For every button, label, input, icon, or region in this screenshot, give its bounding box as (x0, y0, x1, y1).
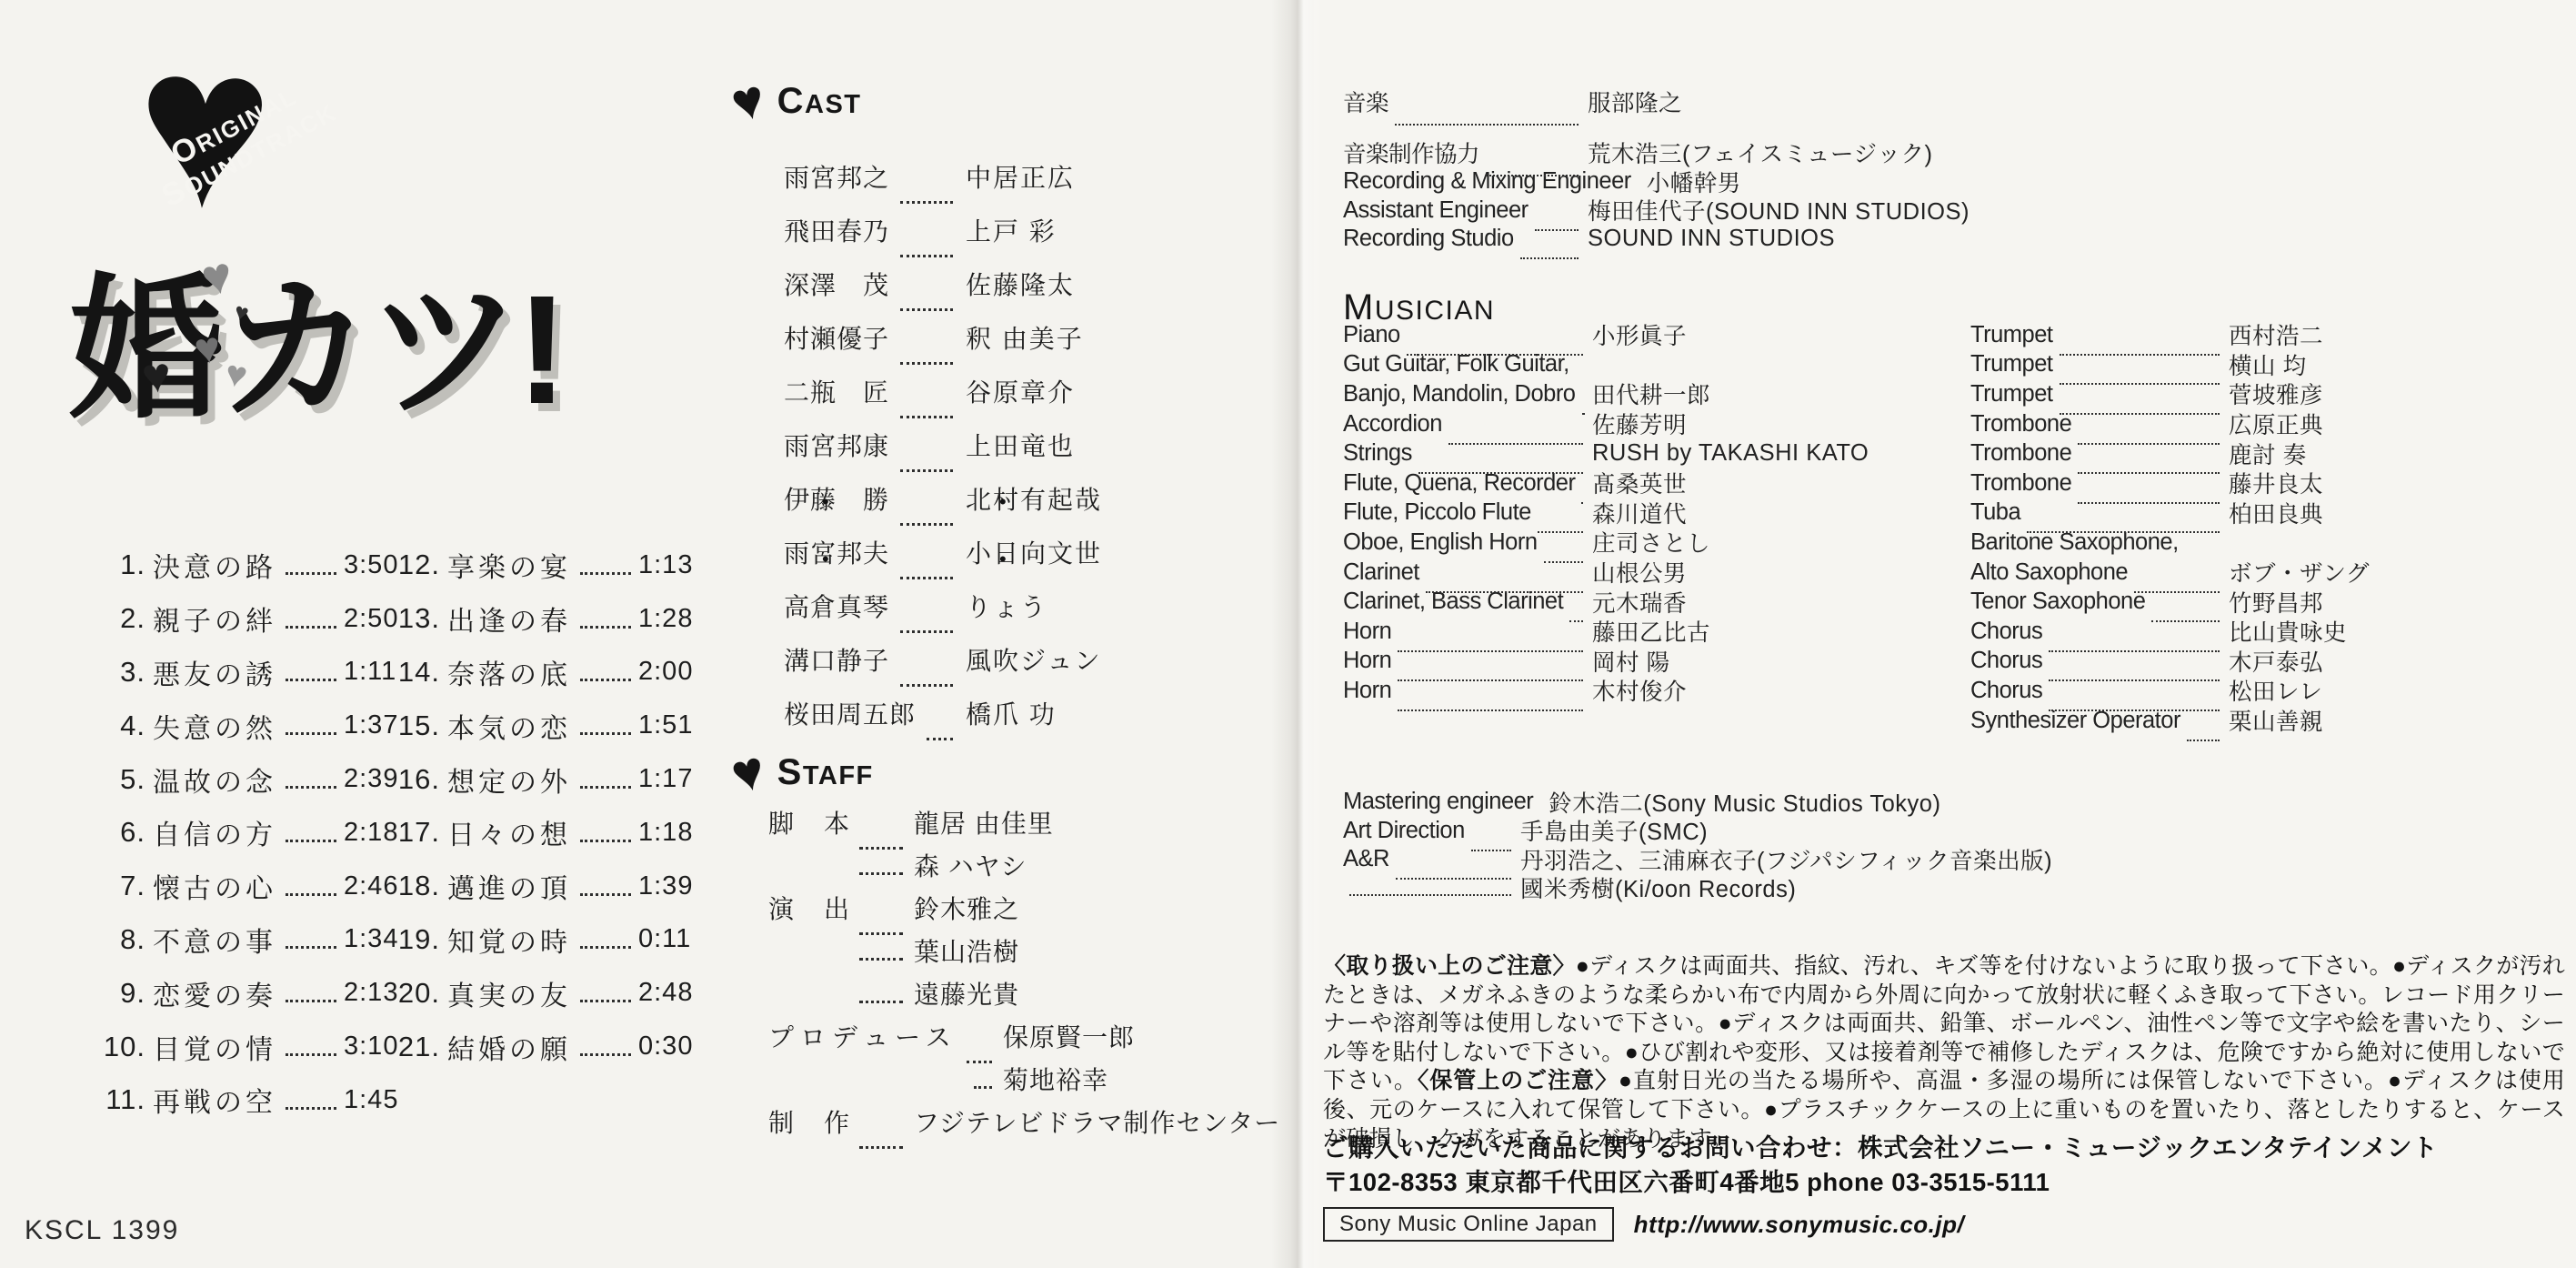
dot-leader (1582, 388, 1584, 415)
heart-icon: ♥ (726, 71, 770, 132)
instrument-label: Clarinet (1343, 559, 1419, 586)
booklet-canvas: ♥ ORIGINAL SOUNDTRACK 婚カツ! ♥ ♥ ♥ ♥ ♥ 1. … (0, 0, 2576, 1268)
dot-leader (2049, 655, 2220, 681)
track-number: 21. (362, 1031, 440, 1063)
music-credits: 音楽 服部隆之 音楽制作協力 荒木浩三(フェイスミュージック) Recordin… (1343, 87, 2252, 254)
dot-leader (1581, 478, 1583, 504)
track-list-column-2: 12. 享楽の宴 1:13 13. 出逢の春 1:28 14. 奈落の底 2:0… (362, 538, 693, 1073)
staff-name: 鈴木雅之 (914, 890, 1019, 926)
track-duration: 1:39 (638, 871, 693, 901)
heart-icon: ♥ (140, 350, 174, 402)
cast-role: 雨宮邦康 (784, 427, 889, 463)
cast-role: 溝口静子 (784, 641, 889, 678)
track-title: 知覚の時 (447, 920, 571, 960)
staff-role (768, 863, 850, 866)
dot-leader (286, 679, 336, 681)
cast-actor: 佐藤隆太 (966, 266, 1075, 302)
track-row: 20. 真実の友 2:48 (362, 966, 693, 1020)
track-duration: 0:30 (638, 1032, 693, 1062)
instrument-label: Horn (1343, 619, 1391, 645)
dot-leader (580, 893, 631, 896)
staff-name: 菊地裕幸 (1003, 1061, 1108, 1097)
track-number: 11. (76, 1083, 145, 1116)
cast-role: 伊藤 勝 (784, 480, 889, 517)
musician-row: Strings RUSH by TAKASHI KATO (1343, 438, 1943, 468)
credit-label: 音楽制作協力 (1343, 136, 1479, 169)
track-number: 18. (362, 870, 440, 902)
dot-leader (286, 1000, 336, 1002)
staff-row: 演 出 鈴木雅之 (768, 886, 1332, 929)
cast-row: 村瀬優子 釈 由美子 (784, 310, 1296, 364)
staff-row: 遠藤光貴 (768, 971, 1332, 1014)
track-number: 14. (362, 656, 440, 689)
musician-name: 山根公男 (1592, 556, 1687, 589)
dot-leader (900, 543, 953, 579)
dot-leader (967, 1027, 992, 1063)
dot-leader (1407, 329, 1583, 356)
dot-leader (859, 1001, 903, 1003)
notice-paragraph: 〈取り扱い上のご注意〉●ディスクは両面共、指紋、汚れ、キズ等を付けないように取り… (1323, 952, 2565, 1153)
credit-value: SOUND INN STUDIOS (1588, 226, 1835, 252)
track-duration: 0:11 (638, 924, 691, 954)
staff-name: 保原賢一郎 (1003, 1018, 1135, 1054)
dot-leader (900, 489, 953, 526)
instrument-label: Tuba (1970, 499, 2020, 526)
musician-name: 比山貴咏史 (2229, 615, 2347, 648)
track-duration: 1:13 (638, 550, 693, 580)
credit-value: 梅田佳代子(SOUND INN STUDIOS) (1588, 194, 1970, 226)
catalog-number: KSCL 1399 (25, 1215, 179, 1246)
credit-value: 荒木浩三(フェイスミュージック) (1588, 136, 1932, 169)
cast-role: 高倉真琴 (784, 588, 889, 624)
track-number: 19. (362, 923, 440, 956)
track-number: 6. (76, 816, 145, 849)
track-title: 邁進の頂 (447, 866, 571, 906)
musician-row: Trumpet 西村浩二 (1970, 320, 2552, 350)
cast-row: 伊藤 勝 北村有起哉 (784, 471, 1296, 525)
musician-name: 西村浩二 (2229, 318, 2323, 351)
musician-name: 鹿討 奏 (2229, 438, 2307, 470)
cast-actor: 小日向文世 (966, 534, 1102, 570)
track-title: 日々の想 (447, 812, 571, 852)
dot-leader (2060, 329, 2220, 356)
instrument-label: Tenor Saxophone (1970, 589, 2145, 615)
cast-actor: 北村有起哉 (966, 480, 1102, 517)
cast-actor: 谷原章介 (966, 373, 1075, 409)
track-title: 想定の外 (447, 760, 571, 800)
staff-role: プロデュース (768, 1018, 957, 1054)
instrument-label: Horn (1343, 678, 1391, 704)
staff-role (768, 1077, 965, 1080)
instrument-label: Trumpet (1970, 351, 2053, 377)
dot-leader (286, 840, 336, 842)
dot-leader (1398, 685, 1583, 711)
track-number: 20. (362, 977, 440, 1010)
dot-leader (1538, 507, 1583, 533)
staff-row: プロデュース 保原賢一郎 (768, 1014, 1332, 1057)
dot-leader (580, 732, 631, 735)
musician-row: Trombone 広原正典 (1970, 409, 2552, 439)
track-duration: 2:00 (638, 657, 693, 687)
dot-leader (2049, 626, 2220, 652)
dot-leader (286, 893, 336, 896)
track-title: 再戦の空 (153, 1080, 276, 1120)
track-row: 5. 温故の念 2:39 (76, 752, 398, 806)
credit-label: Mastering engineer (1343, 789, 1533, 815)
track-number: 7. (76, 870, 145, 902)
cast-role: 村瀬優子 (784, 319, 889, 356)
dot-leader (2060, 388, 2220, 415)
dot-leader (286, 1107, 336, 1110)
track-row: 3. 悪友の誘 1:11 (76, 646, 398, 699)
cast-actor: 風吹ジュン (966, 641, 1101, 678)
dot-leader (2151, 596, 2220, 622)
musician-name: 木戸泰弘 (2229, 645, 2323, 678)
staff-name: 龍居 由佳里 (914, 804, 1054, 840)
cast-actor: 上田竜也 (966, 427, 1075, 463)
track-title: 決意の路 (153, 545, 276, 585)
dot-leader (580, 1053, 631, 1056)
cast-role: 雨宮邦之 (784, 158, 889, 195)
track-title: 真実の友 (447, 973, 571, 1013)
dot-leader (974, 1086, 992, 1089)
dot-leader (580, 572, 631, 575)
track-number: 3. (76, 656, 145, 689)
dot-leader (859, 958, 903, 961)
section-title: STAFF (777, 752, 874, 793)
musician-name: 松田レレ (2229, 674, 2322, 707)
track-row: 18. 邁進の頂 1:39 (362, 860, 693, 913)
dot-leader (900, 275, 953, 311)
track-list-column-1: 1. 決意の路 3:50 2. 親子の絆 2:50 3. 悪友の誘 1:11 4… (76, 538, 398, 1127)
track-row: 10. 目覚の情 3:10 (76, 1020, 398, 1073)
credit-value: 國米秀樹(Ki/oon Records) (1520, 871, 1796, 904)
track-row: 2. 親子の絆 2:50 (76, 592, 398, 646)
musician-row: Alto Saxophone ボブ・ザング (1970, 558, 2552, 588)
bullet-icon: • (999, 492, 1007, 512)
dot-leader (1396, 853, 1511, 880)
dot-leader (1418, 448, 1583, 474)
cast-row: 深澤 茂 佐藤隆太 (784, 257, 1296, 310)
track-row: 13. 出逢の春 1:28 (362, 592, 693, 646)
credit-row: Recording Studio SOUND INN STUDIOS (1343, 225, 2252, 254)
notice-storage-heading: 〈保管上のご注意〉 (1418, 1068, 1619, 1093)
track-row: 12. 享楽の宴 1:13 (362, 538, 693, 592)
dot-leader (927, 704, 953, 740)
cast-row: 雨宮邦康 上田竜也 (784, 418, 1296, 471)
staff-name: 葉山浩樹 (914, 932, 1019, 969)
musician-name: 竹野昌邦 (2229, 586, 2323, 619)
track-row: 11. 再戦の空 1:45 (76, 1073, 398, 1127)
cast-actor: 釈 由美子 (966, 319, 1084, 356)
musician-name: 庄司さとし (1592, 526, 1710, 559)
dot-leader (580, 786, 631, 789)
staff-role: 演 出 (768, 890, 850, 926)
dot-leader (900, 221, 953, 257)
contact-block: ご購入いただいた商品に関するお問い合わせ：株式会社ソニー・ミュージックエンタテイ… (1323, 1131, 2438, 1242)
instrument-label: Trumpet (1970, 322, 2053, 348)
dot-leader (2078, 418, 2220, 445)
instrument-label: Strings (1343, 440, 1412, 467)
credit-row: Assistant Engineer 梅田佳代子(SOUND INN STUDI… (1343, 196, 2252, 226)
credit-row: 音楽 服部隆之 (1343, 87, 2252, 116)
cast-row: 雨宮邦夫 小日向文世 (784, 525, 1296, 579)
dot-leader (1395, 93, 1579, 126)
track-number: 1. (76, 548, 145, 581)
staff-row: 森 ハヤシ (768, 843, 1332, 886)
dot-leader (900, 597, 953, 633)
cast-row: 溝口静子 風吹ジュン (784, 632, 1296, 686)
dot-leader (580, 626, 631, 629)
dot-leader (900, 167, 953, 204)
musician-name: 菅坡雅彦 (2229, 377, 2323, 410)
cast-section: ♥ CAST 雨宮邦之 中居正広 飛田春乃 (732, 73, 1296, 740)
sony-music-url: http://www.sonymusic.co.jp/ (1634, 1211, 1965, 1239)
instrument-label: Trombone (1970, 470, 2071, 497)
dot-leader (580, 840, 631, 842)
dot-leader (900, 436, 953, 472)
musician-row: Piano 小形眞子 (1343, 320, 1943, 350)
track-title: 温故の念 (153, 760, 276, 800)
musician-name: 髙桑英世 (1592, 467, 1687, 499)
track-title: 悪友の誘 (153, 652, 276, 692)
staff-row: 制 作 フジテレビドラマ制作センター (768, 1100, 1332, 1142)
dot-leader (2060, 358, 2220, 385)
track-duration: 2:48 (638, 978, 693, 1008)
instrument-label: Flute, Piccolo Flute (1343, 499, 1531, 526)
cast-role: 桜田周五郎 (784, 695, 916, 731)
cast-role: 飛田春乃 (784, 212, 889, 248)
instrument-label: Horn (1343, 648, 1391, 674)
dot-leader (859, 813, 903, 850)
staff-row: 脚 本 龍居 由佳里 (768, 800, 1332, 843)
track-title: 出逢の春 (447, 599, 571, 639)
track-row: 4. 失意の然 1:37 (76, 699, 398, 752)
staff-heading: ♥ STAFF (732, 744, 1332, 800)
contact-line2: 〒102-8353 東京都千代田区六番町4番地5 phone 03-3515-5… (1323, 1165, 2438, 1200)
dot-leader (286, 732, 336, 735)
credit-row: Recording & Mixing Engineer 小幡幹男 (1343, 167, 2252, 196)
staff-row: 葉山浩樹 (768, 929, 1332, 971)
musician-name: 広原正典 (2229, 408, 2323, 440)
staff-rows: 脚 本 龍居 由佳里 森 ハヤシ 演 出 鈴木雅之 (768, 800, 1332, 1142)
musician-column-left: Piano 小形眞子 Gut Guitar, Folk Guitar, Banj… (1343, 320, 1943, 706)
dot-leader (859, 899, 903, 935)
staff-row: 菊地裕幸 (768, 1057, 1332, 1100)
track-row: 9. 恋愛の奏 2:13 (76, 966, 398, 1020)
instrument-label: Alto Saxophone (1970, 559, 2128, 586)
dot-leader (1471, 825, 1511, 851)
cast-row: 二瓶 匠 谷原章介 (784, 364, 1296, 418)
musician-name: 藤井良太 (2229, 467, 2323, 499)
section-title: CAST (777, 81, 862, 122)
credit-row: Art Direction 手島由美子(SMC) (1343, 817, 2343, 846)
dot-leader (2049, 685, 2220, 711)
dot-leader (580, 1000, 631, 1002)
track-number: 15. (362, 709, 440, 742)
dot-leader (1426, 567, 1583, 593)
track-duration: 1:28 (638, 604, 693, 634)
instrument-label: Accordion (1343, 411, 1442, 438)
track-row: 17. 日々の想 1:18 (362, 806, 693, 860)
instrument-label: Trombone (1970, 411, 2071, 438)
credit-row: 音楽制作協力 荒木浩三(フェイスミュージック) (1343, 139, 2252, 168)
cast-row: 桜田周五郎 橋爪 功 (784, 686, 1296, 740)
track-row: 19. 知覚の時 0:11 (362, 913, 693, 967)
musician-row: Chorus 比山貴咏史 (1970, 617, 2552, 647)
track-row: 15. 本気の恋 1:51 (362, 699, 693, 752)
track-number: 10. (76, 1031, 145, 1063)
credit-label: A&R (1343, 846, 1389, 872)
track-row: 14. 奈落の底 2:00 (362, 646, 693, 699)
credit-value: 服部隆之 (1588, 86, 1682, 118)
staff-role (768, 991, 850, 994)
dot-leader (1569, 596, 1583, 622)
musician-row: Tenor Saxophone 竹野昌邦 (1970, 587, 2552, 617)
musician-name: 柏田良典 (2229, 497, 2323, 529)
dot-leader (1486, 144, 1579, 176)
staff-name: 遠藤光貴 (914, 975, 1019, 1011)
musician-row: Trombone 鹿討 奏 (1970, 438, 2552, 468)
track-title: 奈落の底 (447, 652, 571, 692)
contact-line1: ご購入いただいた商品に関するお問い合わせ：株式会社ソニー・ミュージックエンタテイ… (1323, 1131, 2438, 1165)
cast-actor: りょう (966, 588, 1047, 624)
dot-leader (900, 382, 953, 418)
track-title: 結婚の願 (447, 1027, 571, 1067)
dot-leader (286, 946, 336, 949)
musician-name: 小形眞子 (1592, 318, 1687, 351)
instrument-label: Banjo, Mandolin, Dobro (1343, 381, 1576, 408)
dot-leader (286, 572, 336, 575)
musician-row: Trumpet 横山 均 (1970, 350, 2552, 380)
dot-leader (1535, 205, 1579, 231)
musician-name: 栗山善親 (2229, 704, 2323, 737)
instrument-label: Chorus (1970, 678, 2042, 704)
dot-leader (2027, 507, 2220, 533)
track-row: 16. 想定の外 1:17 (362, 752, 693, 806)
musician-name: 田代耕一郎 (1592, 377, 1710, 410)
dot-leader (1544, 537, 1583, 563)
staff-section: ♥ STAFF 脚 本 龍居 由佳里 森 ハヤシ (732, 744, 1332, 1142)
cast-role: 深澤 茂 (784, 266, 889, 302)
staff-name: フジテレビドラマ制作センター (914, 1103, 1280, 1140)
staff-name: 森 ハヤシ (914, 847, 1027, 883)
musician-name: 藤田乙比古 (1592, 615, 1710, 648)
track-duration: 1:45 (344, 1085, 398, 1115)
credit-label: Assistant Engineer (1343, 197, 1529, 224)
instrument-label: Oboe, English Horn (1343, 529, 1538, 556)
cast-row: 雨宮邦之 中居正広 (784, 149, 1296, 203)
track-duration: 1:18 (638, 818, 693, 848)
track-row: 7. 懐古の心 2:46 (76, 860, 398, 913)
dot-leader (1398, 655, 1583, 681)
dot-leader (1520, 233, 1579, 259)
musician-name: 木村俊介 (1592, 674, 1687, 707)
musician-name: RUSH by TAKASHI KATO (1592, 440, 1869, 467)
dot-leader (859, 1112, 903, 1149)
cast-heading: ♥ CAST (732, 73, 1296, 129)
cast-role: 二瓶 匠 (784, 373, 889, 409)
heart-icon: ♥ (726, 742, 770, 803)
musician-row: Tuba 柏田良典 (1970, 498, 2552, 528)
track-title: 目覚の情 (153, 1027, 276, 1067)
dot-leader (580, 679, 631, 681)
dot-leader (859, 872, 903, 875)
musician-name: 横山 均 (2229, 348, 2307, 381)
production-credits: Mastering engineer 鈴木浩二(Sony Music Studi… (1343, 788, 2343, 902)
dot-leader (2134, 567, 2220, 593)
track-number: 12. (362, 548, 440, 581)
track-row: 8. 不意の事 1:34 (76, 913, 398, 967)
instrument-label: Chorus (1970, 648, 2042, 674)
sony-music-online-badge: Sony Music Online Japan (1323, 1207, 1614, 1242)
instrument-label: Chorus (1970, 619, 2042, 645)
cast-row: 飛田春乃 上戸 彩 (784, 203, 1296, 257)
dot-leader (1398, 626, 1583, 652)
cast-actor: 橋爪 功 (966, 695, 1057, 731)
dot-leader (1349, 894, 1511, 896)
dot-leader (286, 626, 336, 629)
dot-leader (900, 650, 953, 687)
instrument-label: Trumpet (1970, 381, 2053, 408)
musician-row: Banjo, Mandolin, Dobro 田代耕一郎 (1343, 379, 1943, 409)
track-title: 懐古の心 (153, 866, 276, 906)
track-title: 不意の事 (153, 920, 276, 960)
track-title: 自信の方 (153, 812, 276, 852)
bullet-icon: • (822, 549, 829, 569)
track-row: 21. 結婚の願 0:30 (362, 1020, 693, 1073)
track-number: 5. (76, 763, 145, 796)
musician-row: Oboe, English Horn 庄司さとし (1343, 528, 1943, 558)
track-title: 本気の恋 (447, 706, 571, 746)
notice-handling-heading: 〈取り扱い上のご注意〉 (1323, 953, 1576, 979)
musician-row: Clarinet 山根公男 (1343, 558, 1943, 588)
cast-row: 高倉真琴 りょう (784, 579, 1296, 632)
bullet-icon: • (999, 549, 1007, 569)
musician-name: 岡村 陽 (1592, 645, 1670, 678)
dot-leader (286, 786, 336, 789)
track-title: 親子の絆 (153, 599, 276, 639)
musician-name: 佐藤芳明 (1592, 408, 1687, 440)
credit-label: Recording Studio (1343, 226, 1514, 252)
track-title: 享楽の宴 (447, 545, 571, 585)
track-title: 恋愛の奏 (153, 973, 276, 1013)
cast-actor: 中居正広 (966, 158, 1075, 195)
track-duration: 1:17 (638, 764, 693, 794)
musician-name: 森川道代 (1592, 497, 1687, 529)
credit-label: Art Direction (1343, 818, 1465, 844)
musician-row: Accordion 佐藤芳明 (1343, 409, 1943, 439)
credit-label: 音楽 (1343, 86, 1388, 118)
musician-row: Flute, Piccolo Flute 森川道代 (1343, 498, 1943, 528)
instrument-label: Trombone (1970, 440, 2071, 467)
track-duration: 1:51 (638, 710, 693, 740)
cast-rows: 雨宮邦之 中居正広 飛田春乃 上戸 彩 深澤 茂 (784, 149, 1296, 740)
track-number: 17. (362, 816, 440, 849)
staff-role (768, 949, 850, 951)
dot-leader (2078, 448, 2220, 474)
dot-leader (286, 1053, 336, 1056)
dot-leader (900, 328, 953, 365)
track-number: 16. (362, 763, 440, 796)
track-number: 13. (362, 602, 440, 635)
staff-role: 脚 本 (768, 804, 850, 840)
dot-leader (2078, 478, 2220, 504)
track-number: 4. (76, 709, 145, 742)
track-number: 8. (76, 923, 145, 956)
dot-leader (1448, 418, 1583, 445)
track-row: 1. 決意の路 3:50 (76, 538, 398, 592)
